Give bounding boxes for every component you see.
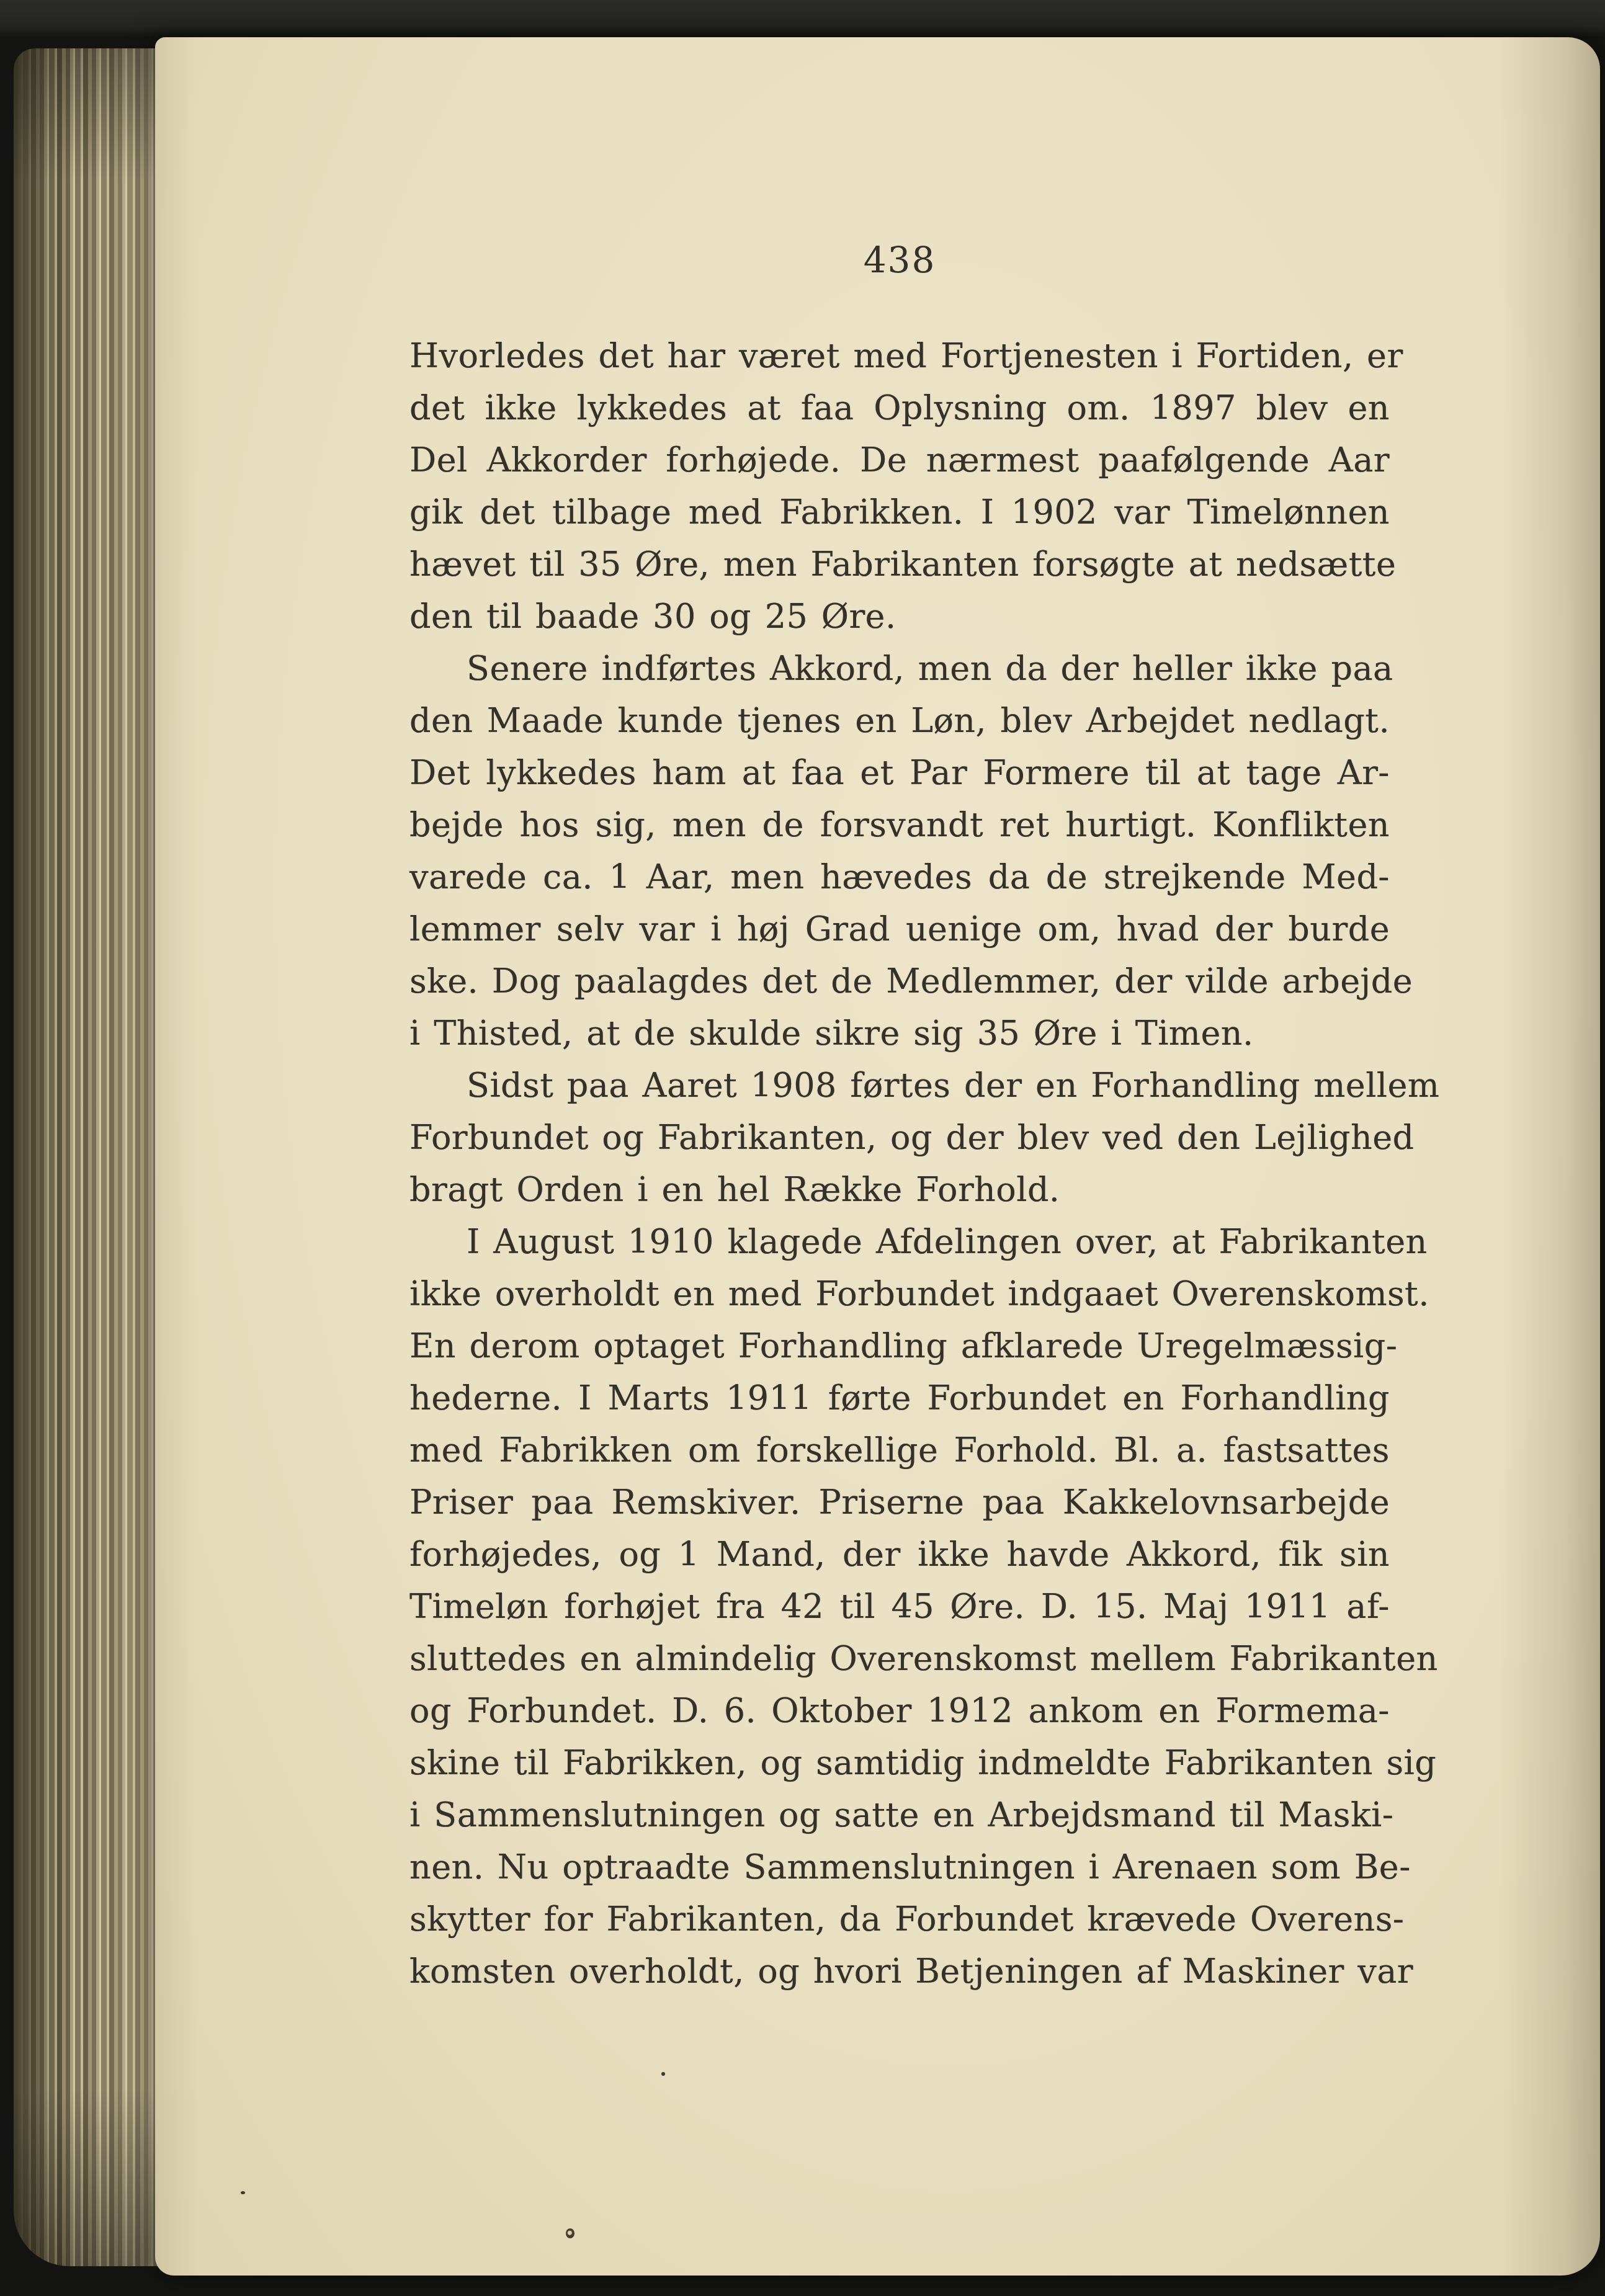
text-line: gik det tilbage med Fabrikken. I 1902 va… bbox=[409, 486, 1390, 538]
text-line: skine til Fabrikken, og samtidig indmeld… bbox=[409, 1737, 1390, 1789]
text-line: med Fabrikken om forskellige Forhold. Bl… bbox=[409, 1424, 1390, 1476]
text-line: ske. Dog paalagdes det de Medlemmer, der… bbox=[409, 955, 1390, 1007]
scan-top-shadow bbox=[0, 0, 1605, 37]
text-line: ikke overholdt en med Forbundet indgaaet… bbox=[409, 1268, 1390, 1320]
text-line: En derom optaget Forhandling afklarede U… bbox=[409, 1320, 1390, 1372]
text-line: lemmer selv var i høj Grad uenige om, hv… bbox=[409, 903, 1390, 955]
text-line: den til baade 30 og 25 Øre. bbox=[409, 591, 1390, 643]
page-number: 438 bbox=[409, 241, 1390, 279]
text-line: i Sammenslutningen og satte en Arbejdsma… bbox=[409, 1789, 1390, 1841]
text-line: Forbundet og Fabrikanten, og der blev ve… bbox=[409, 1112, 1390, 1164]
text-line: i Thisted, at de skulde sikre sig 35 Øre… bbox=[409, 1007, 1390, 1060]
text-line: nen. Nu optraadte Sammenslutningen i Are… bbox=[409, 1841, 1390, 1893]
text-line: det ikke lykkedes at faa Oplysning om. 1… bbox=[409, 382, 1390, 434]
text-line: Det lykkedes ham at faa et Par Formere t… bbox=[409, 747, 1390, 799]
text-line: komsten overholdt, og hvori Betjeningen … bbox=[409, 1945, 1390, 1998]
ink-speck bbox=[566, 2228, 574, 2238]
text-line: Priser paa Remskiver. Priserne paa Kakke… bbox=[409, 1476, 1390, 1529]
text-line: forhøjedes, og 1 Mand, der ikke havde Ak… bbox=[409, 1529, 1390, 1581]
body-text: Hvorledes det har været med Fortjenesten… bbox=[409, 330, 1390, 1998]
text-line: varede ca. 1 Aar, men hævedes da de stre… bbox=[409, 851, 1390, 903]
book-scan-background: 438 Hvorledes det har været med Fortjene… bbox=[0, 0, 1605, 2296]
text-line: og Forbundet. D. 6. Oktober 1912 ankom e… bbox=[409, 1685, 1390, 1737]
text-line: Del Akkorder forhøjede. De nærmest paafø… bbox=[409, 434, 1390, 486]
text-line: hævet til 35 Øre, men Fabrikanten forsøg… bbox=[409, 538, 1390, 591]
book-page: 438 Hvorledes det har været med Fortjene… bbox=[155, 37, 1600, 2276]
text-line: bragt Orden i en hel Række Forhold. bbox=[409, 1164, 1390, 1216]
text-line: I August 1910 klagede Afdelingen over, a… bbox=[409, 1216, 1390, 1268]
text-line: Hvorledes det har været med Fortjenesten… bbox=[409, 330, 1390, 382]
text-line: Senere indførtes Akkord, men da der hell… bbox=[409, 643, 1390, 695]
text-line: sluttedes en almindelig Overenskomst mel… bbox=[409, 1633, 1390, 1685]
text-line: Timeløn forhøjet fra 42 til 45 Øre. D. 1… bbox=[409, 1581, 1390, 1633]
text-line: den Maade kunde tjenes en Løn, blev Arbe… bbox=[409, 695, 1390, 747]
ink-speck bbox=[241, 2191, 245, 2194]
book-page-edges bbox=[14, 48, 158, 2266]
text-line: skytter for Fabrikanten, da Forbundet kr… bbox=[409, 1893, 1390, 1945]
text-line: bejde hos sig, men de forsvandt ret hurt… bbox=[409, 799, 1390, 851]
text-line: Sidst paa Aaret 1908 førtes der en Forha… bbox=[409, 1060, 1390, 1112]
ink-speck bbox=[661, 2072, 665, 2076]
text-line: hederne. I Marts 1911 førte Forbundet en… bbox=[409, 1372, 1390, 1424]
